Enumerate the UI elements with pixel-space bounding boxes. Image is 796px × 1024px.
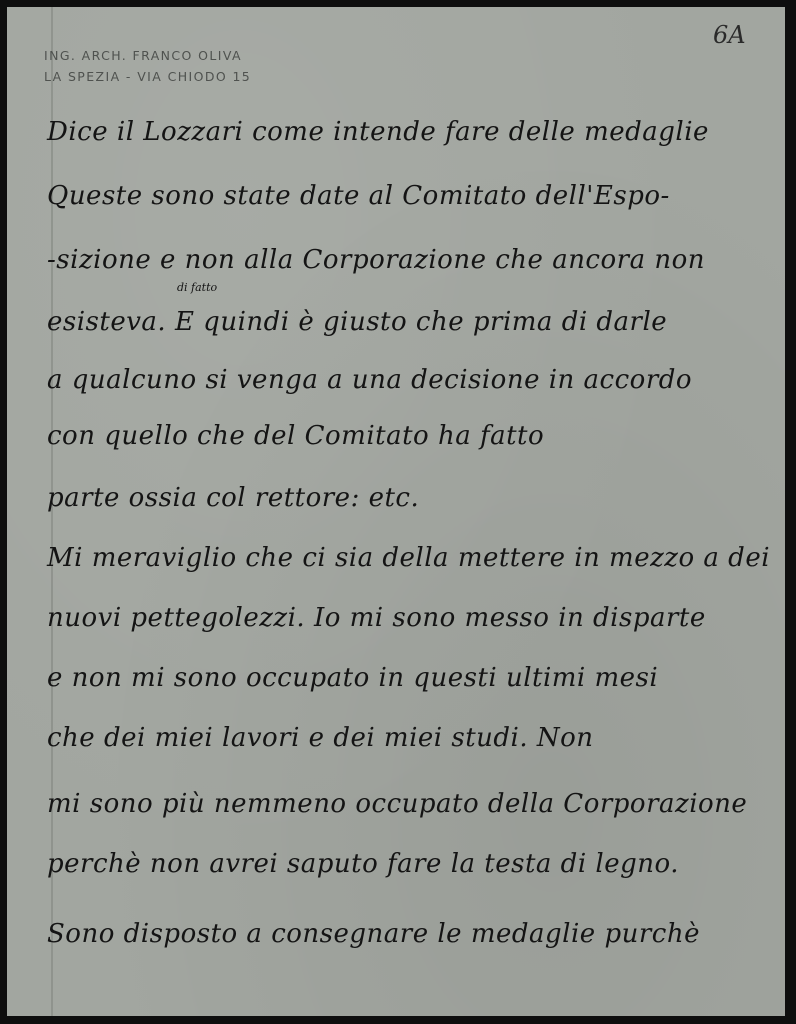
letter-page: ING. ARCH. FRANCO OLIVA LA SPEZIA - VIA … xyxy=(7,7,785,1016)
handwritten-line: Queste sono state date al Comitato dell'… xyxy=(47,181,670,211)
handwritten-line: esisteva. E quindi è giusto che prima di… xyxy=(47,307,667,337)
letterhead-name: ING. ARCH. FRANCO OLIVA xyxy=(44,45,251,66)
handwritten-line: con quello che del Comitato ha fatto xyxy=(47,421,544,451)
handwritten-line: perchè non avrei saputo fare la testa di… xyxy=(47,849,679,879)
handwritten-line: Mi meraviglio che ci sia della mettere i… xyxy=(47,543,770,573)
handwritten-line: Sono disposto a consegnare le medaglie p… xyxy=(47,919,700,949)
letterhead: ING. ARCH. FRANCO OLIVA LA SPEZIA - VIA … xyxy=(44,45,251,87)
handwritten-line: -sizione e non alla Corporazione che anc… xyxy=(47,245,705,275)
page-number-mark: 6A xyxy=(713,21,746,49)
letterhead-address: LA SPEZIA - VIA CHIODO 15 xyxy=(44,66,251,87)
handwritten-line: a qualcuno si venga a una decisione in a… xyxy=(47,365,692,395)
handwritten-line: e non mi sono occupato in questi ultimi … xyxy=(47,663,658,693)
handwritten-line: Dice il Lozzari come intende fare delle … xyxy=(47,117,709,147)
handwritten-line: parte ossia col rettore: etc. xyxy=(47,483,419,513)
handwritten-insertion: di fatto xyxy=(177,281,217,294)
handwritten-line: mi sono più nemmeno occupato della Corpo… xyxy=(47,789,747,819)
handwritten-line: nuovi pettegolezzi. Io mi sono messo in … xyxy=(47,603,706,633)
handwritten-line: che dei miei lavori e dei miei studi. No… xyxy=(47,723,594,753)
